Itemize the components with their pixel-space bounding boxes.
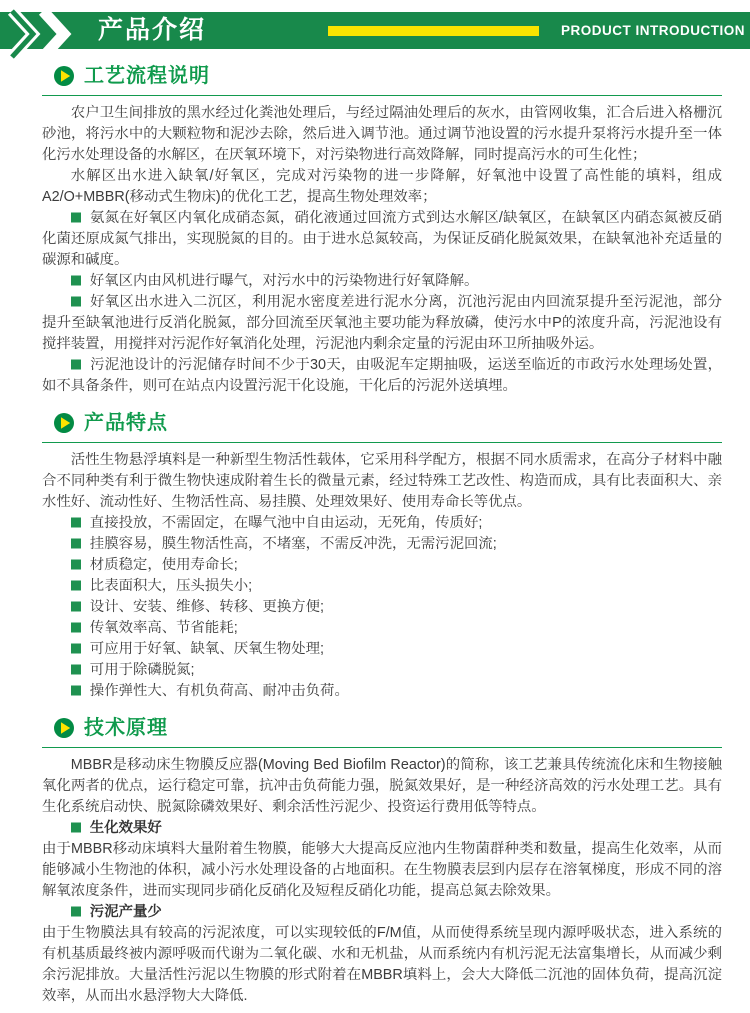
play-icon: [54, 413, 74, 433]
sub-heading: 生化效果好: [42, 818, 722, 839]
bullet-square-icon: [71, 539, 81, 549]
section-body: MBBR是移动床生物膜反应器(Moving Bed Biofilm Reacto…: [42, 755, 722, 1007]
bullet-item: 氨氮在好氧区内氧化成硝态氮，硝化液通过回流方式到达水解区/缺氧区，在缺氧区内硝态…: [42, 208, 722, 271]
paragraph: 由于生物膜法具有较高的污泥浓度，可以实现较低的F/M值，从而使得系统呈现内源呼吸…: [42, 923, 722, 1007]
text: 挂膜容易，膜生物活性高，不堵塞，不需反冲洗，无需污泥回流;: [90, 536, 497, 552]
paragraph: 水解区出水进入缺氧/好氧区，完成对污染物的进一步降解，好氧池中设置了高性能的填料…: [42, 166, 722, 208]
text: 传氧效率高、节省能耗;: [90, 620, 238, 636]
bullet-item: 挂膜容易，膜生物活性高，不堵塞，不需反冲洗，无需污泥回流;: [42, 534, 722, 555]
bullet-square-icon: [71, 665, 81, 675]
page-subtitle: PRODUCT INTRODUCTION: [561, 23, 745, 38]
section-header: 工艺流程说明: [42, 63, 722, 96]
bullet-square-icon: [71, 686, 81, 696]
section: 工艺流程说明农户卫生间排放的黑水经过化粪池处理后，与经过隔油处理后的灰水，由管网…: [42, 63, 722, 397]
text: 直接投放，不需固定，在曝气池中自由运动，无死角，传质好;: [90, 515, 483, 531]
text: 由于MBBR移动床填料大量附着生物膜，能够大大提高反应池内生物菌群种类和数量，提…: [42, 841, 722, 899]
text: 好氧区内由风机进行曝气，对污水中的污染物进行好氧降解。: [90, 273, 479, 289]
bullet-square-icon: [71, 581, 81, 591]
text: 活性生物悬浮填料是一种新型生物活性载体，它采用科学配方，根据不同水质需求，在高分…: [42, 452, 722, 510]
text: 生化效果好: [90, 820, 162, 836]
sub-heading: 污泥产量少: [42, 902, 722, 923]
bullet-item: 直接投放，不需固定，在曝气池中自由运动，无死角，传质好;: [42, 513, 722, 534]
section-body: 农户卫生间排放的黑水经过化粪池处理后，与经过隔油处理后的灰水，由管网收集，汇合后…: [42, 103, 722, 397]
content: 工艺流程说明农户卫生间排放的黑水经过化粪池处理后，与经过隔油处理后的灰水，由管网…: [0, 49, 750, 1013]
section: 产品特点活性生物悬浮填料是一种新型生物活性载体，它采用科学配方，根据不同水质需求…: [42, 410, 722, 702]
bullet-item: 可应用于好氧、缺氧、厌氧生物处理;: [42, 639, 722, 660]
bullet-item: 污泥池设计的污泥储存时间不少于30天，由吸泥车定期抽吸，运送至临近的市政污水处理…: [42, 355, 722, 397]
text: MBBR是移动床生物膜反应器(Moving Bed Biofilm Reacto…: [42, 757, 722, 815]
bullet-square-icon: [71, 213, 81, 223]
text: 好氧区出水进入二沉区，利用泥水密度差进行泥水分离，沉池污泥由内回流泵提升至污泥池…: [42, 294, 722, 352]
bullet-item: 传氧效率高、节省能耗;: [42, 618, 722, 639]
play-icon: [54, 66, 74, 86]
bullet-item: 操作弹性大、有机负荷高、耐冲击负荷。: [42, 681, 722, 702]
text: 操作弹性大、有机负荷高、耐冲击负荷。: [90, 683, 349, 699]
paragraph: 活性生物悬浮填料是一种新型生物活性载体，它采用科学配方，根据不同水质需求，在高分…: [42, 450, 722, 513]
section: 技术原理MBBR是移动床生物膜反应器(Moving Bed Biofilm Re…: [42, 715, 722, 1007]
bullet-item: 设计、安装、维修、转移、更换方便;: [42, 597, 722, 618]
section-title: 技术原理: [84, 715, 168, 741]
text: 污泥池设计的污泥储存时间不少于30天，由吸泥车定期抽吸，运送至临近的市政污水处理…: [42, 357, 722, 394]
section-header: 产品特点: [42, 410, 722, 443]
bullet-item: 材质稳定，使用寿命长;: [42, 555, 722, 576]
text: 可应用于好氧、缺氧、厌氧生物处理;: [90, 641, 324, 657]
page: 产品介绍 PRODUCT INTRODUCTION 工艺流程说明农户卫生间排放的…: [0, 0, 750, 1013]
text: 可用于除磷脱氮;: [90, 662, 195, 678]
bullet-square-icon: [71, 823, 81, 833]
text: 由于生物膜法具有较高的污泥浓度，可以实现较低的F/M值，从而使得系统呈现内源呼吸…: [42, 925, 722, 1004]
bullet-square-icon: [71, 360, 81, 370]
text: 污泥产量少: [90, 904, 162, 920]
paragraph: MBBR是移动床生物膜反应器(Moving Bed Biofilm Reacto…: [42, 755, 722, 818]
paragraph: 农户卫生间排放的黑水经过化粪池处理后，与经过隔油处理后的灰水，由管网收集，汇合后…: [42, 103, 722, 166]
bullet-square-icon: [71, 907, 81, 917]
text: 农户卫生间排放的黑水经过化粪池处理后，与经过隔油处理后的灰水，由管网收集，汇合后…: [42, 105, 722, 163]
text: 材质稳定，使用寿命长;: [90, 557, 238, 573]
accent-bar: [328, 26, 539, 36]
play-icon: [54, 718, 74, 738]
bullet-item: 好氧区出水进入二沉区，利用泥水密度差进行泥水分离，沉池污泥由内回流泵提升至污泥池…: [42, 292, 722, 355]
section-header: 技术原理: [42, 715, 722, 748]
bullet-square-icon: [71, 518, 81, 528]
text: 比表面积大，压头损失小;: [90, 578, 252, 594]
section-title: 工艺流程说明: [84, 63, 210, 89]
bullet-item: 好氧区内由风机进行曝气，对污水中的污染物进行好氧降解。: [42, 271, 722, 292]
double-chevron-right-icon: [5, 9, 77, 59]
bullet-square-icon: [71, 276, 81, 286]
bullet-square-icon: [71, 297, 81, 307]
text: 设计、安装、维修、转移、更换方便;: [90, 599, 324, 615]
bullet-square-icon: [71, 560, 81, 570]
bullet-item: 比表面积大，压头损失小;: [42, 576, 722, 597]
text: 氨氮在好氧区内氧化成硝态氮，硝化液通过回流方式到达水解区/缺氧区，在缺氧区内硝态…: [42, 210, 722, 268]
bullet-square-icon: [71, 623, 81, 633]
bullet-item: 可用于除磷脱氮;: [42, 660, 722, 681]
section-title: 产品特点: [84, 410, 168, 436]
header-bar: 产品介绍 PRODUCT INTRODUCTION: [0, 12, 750, 49]
text: 水解区出水进入缺氧/好氧区，完成对污染物的进一步降解，好氧池中设置了高性能的填料…: [42, 168, 722, 205]
page-title: 产品介绍: [98, 12, 206, 49]
paragraph: 由于MBBR移动床填料大量附着生物膜，能够大大提高反应池内生物菌群种类和数量，提…: [42, 839, 722, 902]
bullet-square-icon: [71, 602, 81, 612]
bullet-square-icon: [71, 644, 81, 654]
section-body: 活性生物悬浮填料是一种新型生物活性载体，它采用科学配方，根据不同水质需求，在高分…: [42, 450, 722, 702]
